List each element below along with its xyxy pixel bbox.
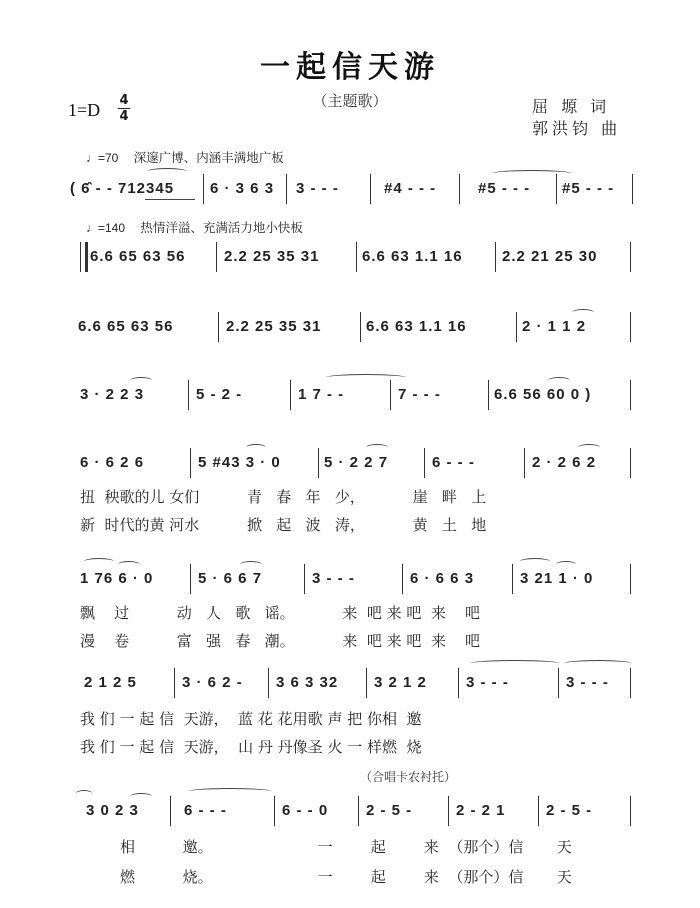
lyricist-credit: 屈 塬 词	[532, 94, 610, 117]
slur	[326, 374, 406, 381]
barline	[630, 564, 631, 594]
barline	[360, 312, 361, 342]
barline	[630, 312, 631, 342]
lyric-line-verse2: 漫 卷 富 强 春 潮。 来 吧 来 吧 来 吧	[80, 630, 480, 651]
barline	[390, 380, 391, 410]
intro-tempo: ♩=70 深邃广博、内涵丰满地广板	[86, 148, 284, 166]
lyric-line-verse2: 新 时代的黄 河水 掀 起 波 涛， 黄 土 地	[80, 514, 486, 535]
notes: 2 - 2 1	[456, 802, 506, 819]
score-row-6: 1 76 6 · 0 5 · 6 6 7 3 - - - 6 · 6 6 3 3…	[0, 564, 700, 594]
barline	[630, 448, 631, 478]
barline	[290, 380, 291, 410]
barline	[524, 448, 525, 478]
notes: 3 - - -	[466, 674, 509, 691]
score-row-1: ( 6̂ - - 712345 6 · 3 6 3 3 - - - #4 - -…	[0, 174, 700, 204]
notes: 6 · 6 6 3	[410, 570, 474, 587]
notes: 2.2 25 35 31	[224, 248, 319, 265]
slur	[118, 561, 140, 568]
lyric-line-verse1: 飘 过 动 人 歌 谣。 来 吧 来 吧 来 吧	[80, 602, 480, 623]
barline	[630, 242, 631, 272]
notes: 6 - - -	[184, 802, 227, 819]
slur	[520, 558, 550, 565]
notes: 6.6 63 1.1 16	[362, 248, 463, 265]
notes: #5 - - -	[562, 180, 614, 197]
barline	[366, 668, 367, 698]
score-row-7: 2 1 2 5 3 · 6 2 - 3 6 3 32 3 2 1 2 3 - -…	[0, 668, 700, 698]
beam-underline	[145, 199, 195, 200]
notes: 6.6 56 60 0 )	[494, 386, 591, 403]
lyric-line-verse1: 扭 秧歌的儿 女们 青 春 年 少， 崖 畔 上	[80, 486, 486, 507]
slur	[76, 790, 92, 797]
slur	[130, 377, 152, 384]
barline	[190, 448, 191, 478]
barline	[174, 668, 175, 698]
lyric-line-verse2: 我 们 一 起 信 天游， 山 丹 丹像圣 火 一 样燃 烧	[80, 736, 422, 757]
notes: 5 - 2 -	[196, 386, 242, 403]
notes: #5 - - -	[478, 180, 530, 197]
barline	[630, 796, 631, 826]
notes: 2 · 1 1 2	[522, 318, 586, 335]
slur	[366, 444, 388, 451]
barline	[458, 668, 459, 698]
notes: 6 · 6 2 6	[80, 454, 144, 471]
barline	[274, 796, 275, 826]
notes: 1 76 6 · 0	[80, 570, 153, 587]
notes: 5 · 6 6 7	[198, 570, 262, 587]
barline	[556, 174, 557, 204]
slur	[564, 660, 632, 667]
slur	[84, 558, 114, 565]
tuplet-bracket	[147, 168, 187, 175]
slur	[492, 170, 572, 177]
slur	[572, 309, 594, 316]
barline	[216, 242, 217, 272]
barline	[170, 796, 171, 826]
score-row-2: 6.6 65 63 56 2.2 25 35 31 6.6 63 1.1 16 …	[0, 242, 700, 272]
notes: 3 0 2 3	[86, 802, 139, 819]
barline	[538, 796, 539, 826]
notes: 3 · 6 2 -	[182, 674, 243, 691]
notes: 2 · 2 6 2	[532, 454, 596, 471]
slur	[470, 660, 560, 667]
score-row-8: 3 0 2 3 6 - - - 6 - - 0 2 - 5 - 2 - 2 1 …	[0, 796, 700, 826]
time-signature-bottom: 4	[118, 110, 130, 123]
tempo-marking: ♩=140	[86, 221, 125, 235]
barline	[632, 174, 633, 204]
barline	[188, 380, 189, 410]
notes: 3 · 2 2 3	[80, 386, 144, 403]
notes: 6.6 65 63 56	[90, 248, 185, 265]
notes: 3 2 1 2	[374, 674, 427, 691]
notes: 6 · 3 6 3	[210, 180, 274, 197]
chorus-annotation: （合唱卡农衬托）	[360, 768, 456, 785]
barline	[218, 312, 219, 342]
score-row-4: 3 · 2 2 3 5 - 2 - 1 7 - - 7 - - - 6.6 56…	[0, 380, 700, 410]
notes: 1 7 - -	[298, 386, 344, 403]
score-row-3: 6.6 65 63 56 2.2 25 35 31 6.6 63 1.1 16 …	[0, 312, 700, 342]
slur	[188, 788, 272, 795]
notes: 3 6 3 32	[276, 674, 338, 691]
barline	[516, 312, 517, 342]
notes: ( 6̂ - - 712345	[70, 180, 174, 197]
barline	[370, 174, 371, 204]
barline	[448, 796, 449, 826]
barline	[203, 174, 204, 204]
notes: 3 - - -	[566, 674, 609, 691]
key-signature: 1=D	[68, 100, 100, 121]
barline	[512, 564, 513, 594]
barline	[268, 668, 269, 698]
notes: 3 - - -	[312, 570, 355, 587]
barline	[630, 668, 631, 698]
barline	[488, 380, 489, 410]
notes: 6.6 63 1.1 16	[366, 318, 467, 335]
notes: 7 - - -	[398, 386, 441, 403]
barline	[495, 242, 496, 272]
repeat-start-barline	[80, 242, 88, 272]
notes: 6 - - -	[432, 454, 475, 471]
barline	[630, 380, 631, 410]
tempo-description: 热情洋溢、充满活力地小快板	[140, 221, 303, 235]
lyric-line-verse1: 我 们 一 起 信 天游， 蓝 花 花用歌 声 把 你相 邀	[80, 708, 422, 729]
song-title: 一起信天游	[0, 42, 700, 86]
tempo-description: 深邃广博、内涵丰满地广板	[134, 151, 284, 165]
notes: 3 21 1 · 0	[520, 570, 593, 587]
slur	[578, 444, 600, 451]
notes: #4 - - -	[384, 180, 436, 197]
lyric-line-verse1: 相 邀。 一 起 来 （那个）信 天	[120, 836, 572, 857]
slur	[556, 561, 576, 568]
barline	[459, 174, 460, 204]
lyric-line-verse2: 燃 烧。 一 起 来 （那个）信 天	[120, 866, 572, 887]
barline	[424, 448, 425, 478]
composer-credit: 郭洪钧 曲	[532, 116, 621, 139]
notes: 3 - - -	[296, 180, 339, 197]
notes: 2.2 25 35 31	[226, 318, 321, 335]
slur	[548, 377, 570, 384]
slur	[240, 561, 262, 568]
tempo-marking: ♩=70	[86, 151, 118, 165]
notes: 2 1 2 5	[84, 674, 137, 691]
time-signature: 4 4	[118, 94, 130, 123]
notes: 6 - - 0	[282, 802, 328, 819]
barline	[558, 668, 559, 698]
barline	[318, 448, 319, 478]
time-signature-top: 4	[118, 94, 130, 107]
notes: 6.6 65 63 56	[78, 318, 173, 335]
barline	[286, 174, 287, 204]
score-row-5: 6 · 6 2 6 5 #43 3 · 0 5 · 2 2 7 6 - - - …	[0, 448, 700, 478]
barline	[304, 564, 305, 594]
main-tempo: ♩=140 热情洋溢、充满活力地小快板	[86, 218, 303, 236]
notes: 5 #43 3 · 0	[198, 454, 281, 471]
barline	[190, 564, 191, 594]
notes: 2 - 5 -	[546, 802, 592, 819]
barline	[356, 242, 357, 272]
notes: 2.2 21 25 30	[502, 248, 597, 265]
notes: 2 - 5 -	[366, 802, 412, 819]
slur	[246, 444, 266, 451]
barline	[402, 564, 403, 594]
notes: 5 · 2 2 7	[324, 454, 388, 471]
slur	[130, 793, 152, 800]
barline	[358, 796, 359, 826]
